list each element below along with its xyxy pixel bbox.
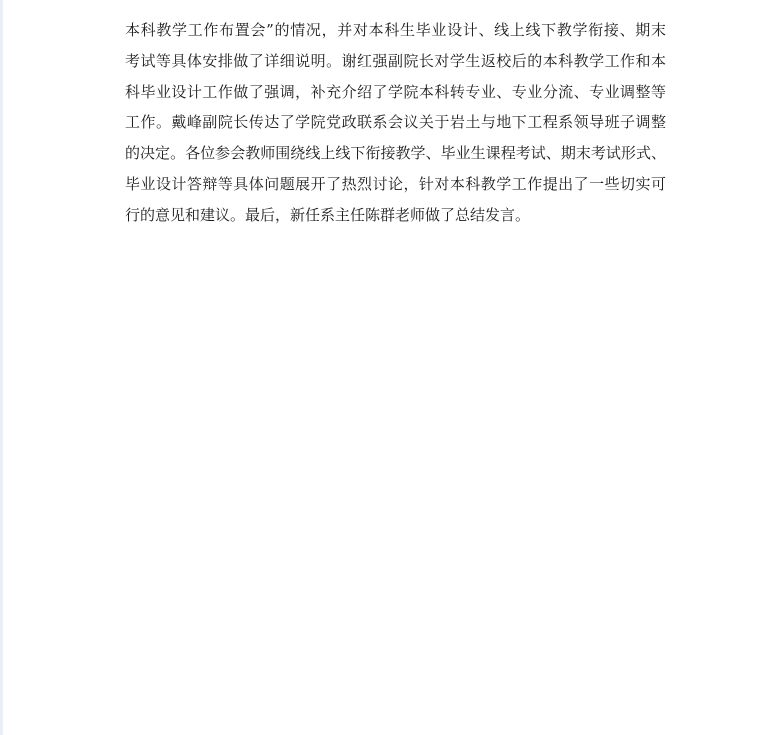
- paragraph-line: 的决定。各位参会教师围绕线上线下衔接教学、毕业生课程考试、期末考试形式、: [125, 138, 666, 169]
- document-viewport: 本科教学工作布置会”的情况，并对本科生毕业设计、线上线下教学衔接、期末 考试等具…: [0, 0, 777, 735]
- paragraph-line: 考试等具体安排做了详细说明。谢红强副院长对学生返校后的本科教学工作和本: [125, 46, 666, 77]
- paragraph-line: 行的意见和建议。最后，新任系主任陈群老师做了总结发言。: [125, 200, 666, 231]
- document-page: 本科教学工作布置会”的情况，并对本科生毕业设计、线上线下教学衔接、期末 考试等具…: [3, 0, 777, 735]
- body-paragraph: 本科教学工作布置会”的情况，并对本科生毕业设计、线上线下教学衔接、期末 考试等具…: [125, 15, 666, 231]
- paragraph-line: 毕业设计答辩等具体问题展开了热烈讨论，针对本科教学工作提出了一些切实可: [125, 169, 666, 200]
- paragraph-line: 科毕业设计工作做了强调，补充介绍了学院本科转专业、专业分流、专业调整等: [125, 77, 666, 108]
- paragraph-line: 工作。戴峰副院长传达了学院党政联系会议关于岩土与地下工程系领导班子调整: [125, 107, 666, 138]
- paragraph-line: 本科教学工作布置会”的情况，并对本科生毕业设计、线上线下教学衔接、期末: [125, 15, 666, 46]
